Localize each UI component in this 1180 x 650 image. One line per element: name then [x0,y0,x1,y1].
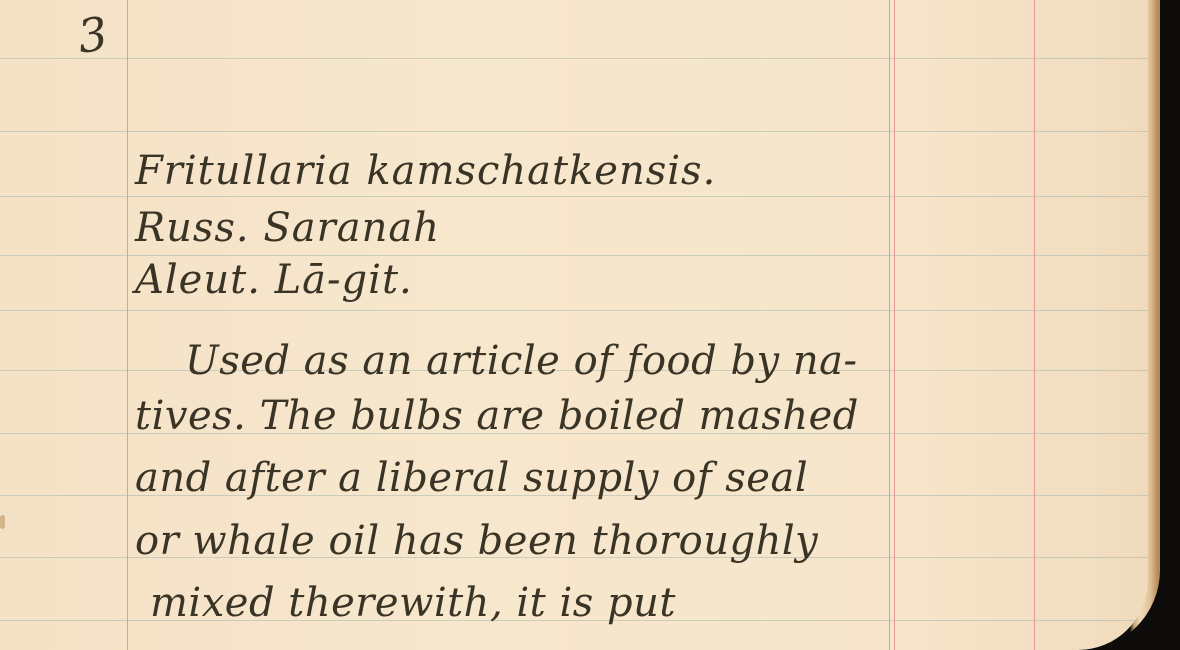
body-line: mixed therewith, it is put [150,580,676,626]
ruled-line [0,58,1148,59]
ruled-line [0,196,1148,197]
column-rule [894,0,895,650]
notebook-page: 3 Fritullaria kamschatkensis. Russ. Sara… [0,0,1148,650]
paper-stain [0,515,5,529]
scientific-name: Fritullaria kamschatkensis. [135,148,716,194]
russian-name: Russ. Saranah [135,205,440,251]
ruled-line [0,131,1148,132]
column-rule [889,0,890,650]
ruled-line [0,255,1148,256]
body-line: Used as an article of food by na- [185,338,858,384]
body-line: and after a liberal supply of seal [135,455,808,501]
aleut-name: Aleut. Lā-git. [135,257,413,303]
body-line: or whale oil has been thoroughly [135,518,818,564]
column-rule [1034,0,1035,650]
margin-rule-left [127,0,128,650]
ruled-line [0,310,1148,311]
page-number: 3 [74,6,111,64]
body-line: tives. The bulbs are boiled mashed [135,393,859,439]
